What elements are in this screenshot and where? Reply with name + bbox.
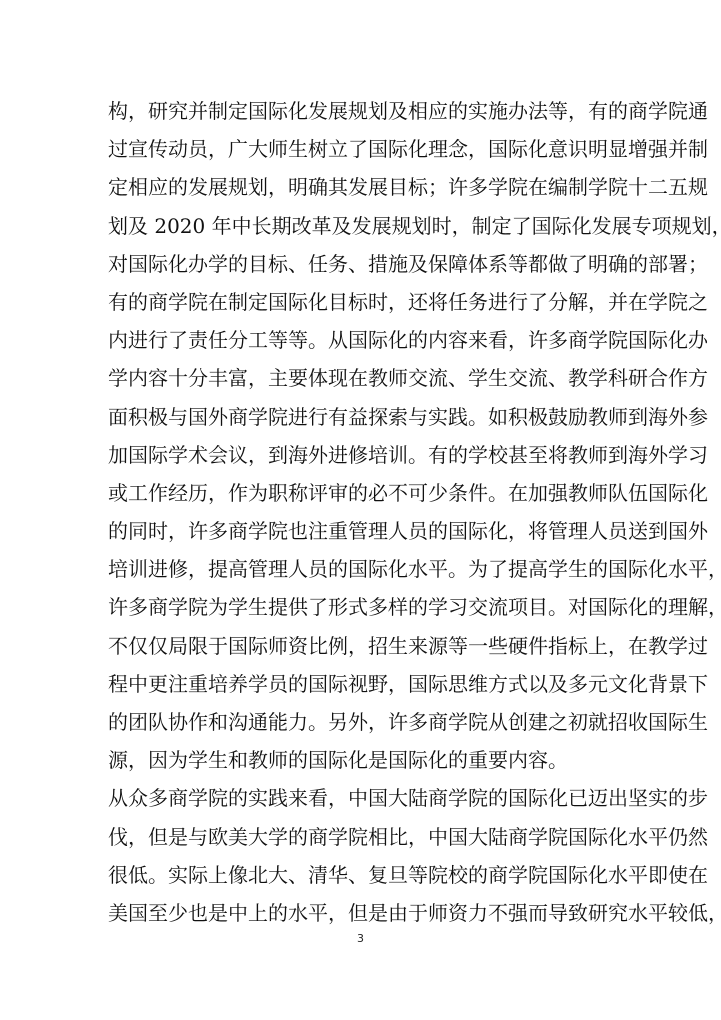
body-text: 构，研究并制定国际化发展规划及相应的实施办法等，有的商学院通 过宣传动员，广大师…	[108, 92, 614, 932]
text-line: 过宣传动员，广大师生树立了国际化理念，国际化意识明显增强并制	[108, 130, 614, 168]
document-page: 构，研究并制定国际化发展规划及相应的实施办法等，有的商学院通 过宣传动员，广大师…	[0, 0, 721, 1020]
text-line: 定相应的发展规划，明确其发展目标；许多学院在编制学院十二五规	[108, 168, 614, 206]
text-line: 源，因为学生和教师的国际化是国际化的重要内容。	[108, 741, 614, 779]
text-line: 面积极与国外商学院进行有益探索与实践。如积极鼓励教师到海外参	[108, 398, 614, 436]
text-line: 美国至少也是中上的水平，但是由于师资力不强而导致研究水平较低，	[108, 894, 614, 932]
page-number: 3	[0, 932, 721, 945]
text-line: 有的商学院在制定国际化目标时，还将任务进行了分解，并在学院之	[108, 283, 614, 321]
text-line: 伐，但是与欧美大学的商学院相比，中国大陆商学院国际化水平仍然	[108, 818, 614, 856]
text-line: 程中更注重培养学员的国际视野，国际思维方式以及多元文化背景下	[108, 665, 614, 703]
text-line: 从众多商学院的实践来看，中国大陆商学院的国际化已迈出坚实的步	[108, 779, 614, 817]
text-line: 许多商学院为学生提供了形式多样的学习交流项目。对国际化的理解，	[108, 588, 614, 626]
text-line: 内进行了责任分工等等。从国际化的内容来看，许多商学院国际化办	[108, 321, 614, 359]
text-line: 培训进修，提高管理人员的国际化水平。为了提高学生的国际化水平，	[108, 550, 614, 588]
text-line: 构，研究并制定国际化发展规划及相应的实施办法等，有的商学院通	[108, 92, 614, 130]
text-line: 划及 2020 年中长期改革及发展规划时，制定了国际化发展专项规划，	[108, 207, 614, 245]
text-line: 不仅仅局限于国际师资比例，招生来源等一些硬件指标上，在教学过	[108, 627, 614, 665]
text-line: 学内容十分丰富，主要体现在教师交流、学生交流、教学科研合作方	[108, 359, 614, 397]
text-line: 对国际化办学的目标、任务、措施及保障体系等都做了明确的部署；	[108, 245, 614, 283]
text-line: 或工作经历，作为职称评审的必不可少条件。在加强教师队伍国际化	[108, 474, 614, 512]
text-line: 加国际学术会议，到海外进修培训。有的学校甚至将教师到海外学习	[108, 436, 614, 474]
text-line: 的团队协作和沟通能力。另外，许多商学院从创建之初就招收国际生	[108, 703, 614, 741]
text-line: 很低。实际上像北大、清华、复旦等院校的商学院国际化水平即使在	[108, 856, 614, 894]
text-line: 的同时，许多商学院也注重管理人员的国际化，将管理人员送到国外	[108, 512, 614, 550]
